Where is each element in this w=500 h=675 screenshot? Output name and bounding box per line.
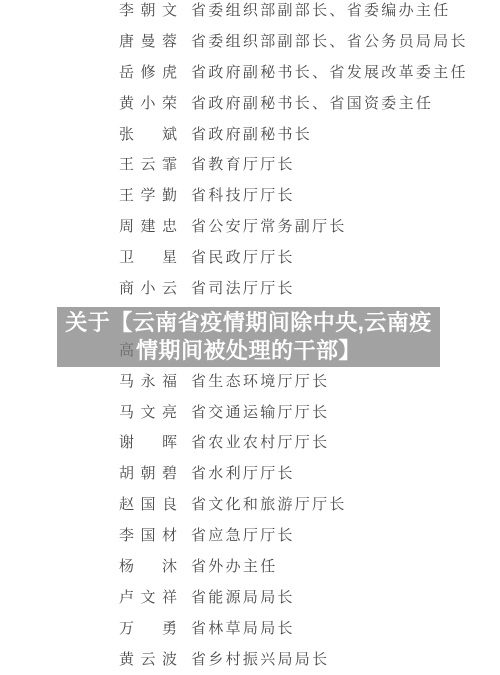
official-position: 省农业农村厅厅长 — [191, 435, 329, 452]
document-page: 李朝文 省委组织部副部长、省委编办主任 唐曼蓉 省委组织部副部长、省公务员局局长… — [0, 0, 500, 675]
official-name: 谢晖 — [119, 435, 177, 452]
table-row: 马永福 省生态环境厅厅长 — [0, 372, 500, 403]
table-row: 王云霏 省教育厅厅长 — [0, 155, 500, 186]
official-position: 省乡村振兴局局长 — [191, 652, 329, 669]
official-name: 李朝文 — [119, 3, 177, 20]
official-position: 省应急厅厅长 — [191, 528, 295, 545]
official-name: 王云霏 — [119, 157, 177, 174]
table-row: 唐曼蓉 省委组织部副部长、省公务员局局长 — [0, 32, 500, 63]
official-name: 卫星 — [119, 250, 177, 267]
official-name: 卢文祥 — [119, 590, 177, 607]
official-name: 李国材 — [119, 528, 177, 545]
official-position: 省政府副秘书长、省国资委主任 — [191, 96, 433, 113]
official-position: 省委组织部副部长、省委编办主任 — [191, 3, 451, 20]
official-name: 黄云波 — [119, 652, 177, 669]
official-position: 省司法厅厅长 — [191, 281, 295, 298]
official-name: 胡朝碧 — [119, 466, 177, 483]
official-position: 省交通运输厅厅长 — [191, 405, 329, 422]
official-name: 马文亮 — [119, 405, 177, 422]
table-row: 李朝文 省委组织部副部长、省委编办主任 — [0, 1, 500, 32]
overlay-title-line2: 情期间被处理的干部】 — [136, 337, 361, 365]
official-position: 省水利厅厅长 — [191, 466, 295, 483]
official-name: 马永福 — [119, 374, 177, 391]
table-row: 杨沐 省外办主任 — [0, 557, 500, 588]
official-position: 省政府副秘书长、省发展改革委主任 — [191, 65, 468, 82]
table-row: 李国材 省应急厅厅长 — [0, 526, 500, 557]
official-position: 省政府副秘书长 — [191, 127, 312, 144]
table-row: 张斌 省政府副秘书长 — [0, 125, 500, 156]
official-name: 唐曼蓉 — [119, 34, 177, 51]
official-name: 商小云 — [119, 281, 177, 298]
official-position: 省委组织部副部长、省公务员局局长 — [191, 34, 468, 51]
table-row: 黄云波 省乡村振兴局局长 — [0, 650, 500, 675]
official-name: 张斌 — [119, 127, 177, 144]
official-name: 杨沐 — [119, 559, 177, 576]
official-position: 省教育厅厅长 — [191, 157, 295, 174]
official-position: 省生态环境厅厅长 — [191, 374, 329, 391]
table-row: 谢晖 省农业农村厅厅长 — [0, 433, 500, 464]
title-overlay: 关于【云南省疫情期间除中央,云南疫 情期间被处理的干部】 — [57, 307, 440, 367]
official-name: 赵国良 — [119, 497, 177, 514]
official-position: 省能源局局长 — [191, 590, 295, 607]
official-position: 省民政厅厅长 — [191, 250, 295, 267]
table-row: 赵国良 省文化和旅游厅厅长 — [0, 495, 500, 526]
official-name: 岳修虎 — [119, 65, 177, 82]
overlay-title-line1: 关于【云南省疫情期间除中央,云南疫 — [65, 309, 432, 337]
official-position: 省科技厅厅长 — [191, 188, 295, 205]
official-name: 万勇 — [119, 621, 177, 638]
official-position: 省公安厅常务副厅长 — [191, 219, 347, 236]
table-row: 王学勤 省科技厅厅长 — [0, 186, 500, 217]
official-position: 省文化和旅游厅厅长 — [191, 497, 347, 514]
table-row: 黄小荣 省政府副秘书长、省国资委主任 — [0, 94, 500, 125]
official-name: 王学勤 — [119, 188, 177, 205]
table-row: 商小云 省司法厅厅长 — [0, 279, 500, 310]
official-name: 周建忠 — [119, 219, 177, 236]
official-position: 省林草局局长 — [191, 621, 295, 638]
table-row: 卫星 省民政厅厅长 — [0, 248, 500, 279]
table-row: 周建忠 省公安厅常务副厅长 — [0, 217, 500, 248]
table-row: 马文亮 省交通运输厅厅长 — [0, 403, 500, 434]
table-row: 胡朝碧 省水利厅厅长 — [0, 464, 500, 495]
official-name: 黄小荣 — [119, 96, 177, 113]
table-row: 岳修虎 省政府副秘书长、省发展改革委主任 — [0, 63, 500, 94]
official-position: 省外办主任 — [191, 559, 278, 576]
table-row: 卢文祥 省能源局局长 — [0, 588, 500, 619]
table-row: 万勇 省林草局局长 — [0, 619, 500, 650]
